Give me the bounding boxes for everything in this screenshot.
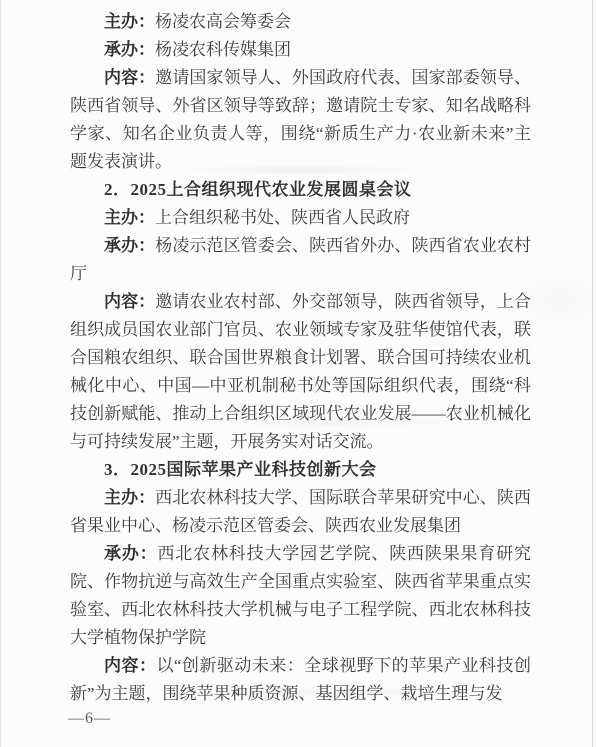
field-label-content: 内容： <box>104 292 155 311</box>
document-page: 主办：杨凌农高会筹委会 承办：杨凌农科传媒集团 内容：邀请国家领导人、外国政府代… <box>0 0 597 747</box>
field-text-host: 杨凌农高会筹委会 <box>155 12 291 31</box>
conference-item-3: 3．2025国际苹果产业科技创新大会 主办：西北农林科技大学、国际联合苹果研究中… <box>70 456 531 708</box>
field-label-organizer: 承办： <box>104 236 155 255</box>
field-paragraph: 内容：以“创新驱动未来：全球视野下的苹果产业科技创新”为主题，围绕苹果种质资源、… <box>70 652 531 708</box>
field-paragraph: 内容：邀请国家领导人、外国政府代表、国家部委领导、陕西省领导、外省区领导等致辞；… <box>70 64 531 176</box>
field-paragraph: 主办：杨凌农高会筹委会 <box>70 8 531 36</box>
field-label-content: 内容： <box>104 656 156 675</box>
field-paragraph: 承办：杨凌示范区管委会、陕西省外办、陕西省农业农村厅 <box>70 232 531 288</box>
field-label-host: 主办： <box>104 488 155 507</box>
field-label-host: 主办： <box>104 208 155 227</box>
conference-item-1: 主办：杨凌农高会筹委会 承办：杨凌农科传媒集团 内容：邀请国家领导人、外国政府代… <box>70 8 531 176</box>
field-paragraph: 主办：上合组织秘书处、陕西省人民政府 <box>70 204 531 232</box>
field-paragraph: 内容：邀请农业农村部、外交部领导，陕西省领导，上合组织成员国农业部门官员、农业领… <box>70 288 531 456</box>
field-paragraph: 承办：西北农林科技大学园艺学院、陕西陕果果育研究院、作物抗逆与高效生产全国重点实… <box>70 540 531 652</box>
field-text-content: 邀请农业农村部、外交部领导，陕西省领导，上合组织成员国农业部门官员、农业领域专家… <box>70 292 531 451</box>
page-number: —6— <box>68 710 111 728</box>
scan-edge-left <box>0 0 1 747</box>
field-paragraph: 承办：杨凌农科传媒集团 <box>70 36 531 64</box>
field-text-host: 上合组织秘书处、陕西省人民政府 <box>155 208 410 227</box>
field-label-organizer: 承办： <box>104 544 157 563</box>
document-body: 主办：杨凌农高会筹委会 承办：杨凌农科传媒集团 内容：邀请国家领导人、外国政府代… <box>70 8 531 708</box>
conference-heading: 3．2025国际苹果产业科技创新大会 <box>70 456 531 484</box>
field-text-organizer: 杨凌农科传媒集团 <box>155 40 291 59</box>
field-paragraph: 主办：西北农林科技大学、国际联合苹果研究中心、陕西省果业中心、杨凌示范区管委会、… <box>70 484 531 540</box>
field-label-organizer: 承办： <box>104 40 155 59</box>
field-label-host: 主办： <box>104 12 155 31</box>
field-label-content: 内容： <box>104 68 155 87</box>
conference-heading: 2．2025上合组织现代农业发展圆桌会议 <box>70 176 531 204</box>
scan-edge-right <box>592 0 593 747</box>
conference-item-2: 2．2025上合组织现代农业发展圆桌会议 主办：上合组织秘书处、陕西省人民政府 … <box>70 176 531 456</box>
